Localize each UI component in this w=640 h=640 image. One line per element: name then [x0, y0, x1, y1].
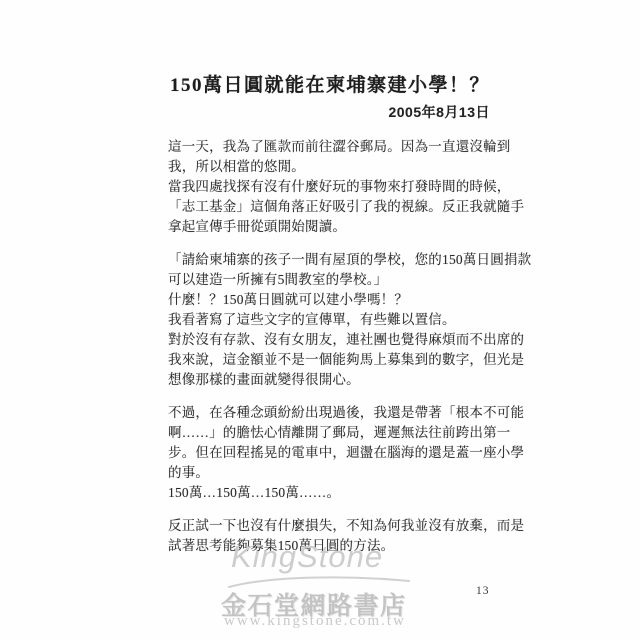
text-line: 的事。	[168, 463, 513, 483]
text-line: 我看著寫了這些文字的宣傳單，有些難以置信。	[168, 310, 513, 330]
entry-date: 2005年8月13日	[388, 102, 490, 122]
paragraph-1: 這一天，我為了匯款而前往澀谷郵局。因為一直還沒輪到我，所以相當的悠閒。當我四處找…	[168, 137, 513, 237]
kingstone-logo-watermark: KingStone	[231, 539, 383, 575]
text-line: 可以建造一所擁有5間教室的學校。」	[168, 270, 513, 290]
text-line: 想像那樣的畫面就變得很開心。	[168, 370, 513, 390]
text-line: 不過，在各種念頭紛紛出現過後，我還是帶著「根本不可能	[168, 403, 513, 423]
text-line: 當我四處找探有沒有什麼好玩的事物來打發時間的時候，	[168, 177, 513, 197]
book-page: 150萬日圓就能在柬埔寨建小學！？ 2005年8月13日 這一天，我為了匯款而前…	[0, 0, 640, 640]
paragraph-3: 不過，在各種念頭紛紛出現過後，我還是帶著「根本不可能啊……」的膽怯心情離開了郵局…	[168, 403, 513, 503]
paragraph-2: 「請給柬埔寨的孩子一間有屋頂的學校，您的150萬日圓捐款可以建造一所擁有5間教室…	[168, 250, 513, 390]
text-line: 反正試一下也沒有什麼損失，不知為何我並沒有放棄，而是	[168, 516, 513, 536]
text-line: 我，所以相當的悠閒。	[168, 157, 513, 177]
text-line: 「志工基金」這個角落正好吸引了我的視線。反正我就隨手	[168, 197, 513, 217]
text-line: 我來說，這金額並不是一個能夠馬上募集到的數字，但光是	[168, 350, 513, 370]
text-line: 150萬…150萬…150萬……。	[168, 483, 513, 503]
body-text: 這一天，我為了匯款而前往澀谷郵局。因為一直還沒輪到我，所以相當的悠閒。當我四處找…	[168, 137, 513, 556]
text-line: 什麼！？150萬日圓就可以建小學嗎！？	[168, 290, 513, 310]
page-number: 13	[476, 585, 490, 597]
text-line: 「請給柬埔寨的孩子一間有屋頂的學校，您的150萬日圓捐款	[168, 250, 513, 270]
page-title: 150萬日圓就能在柬埔寨建小學！？	[170, 70, 490, 97]
store-url-watermark: www.kingstone.com.tw	[224, 613, 406, 630]
text-line: 對於沒有存款、沒有女朋友，連社團也覺得麻煩而不出席的	[168, 330, 513, 350]
text-line: 啊……」的膽怯心情離開了郵局，遲遲無法往前跨出第一	[168, 423, 513, 443]
text-line: 步。但在回程搖晃的電車中，迴盪在腦海的還是蓋一座小學	[168, 443, 513, 463]
text-line: 這一天，我為了匯款而前往澀谷郵局。因為一直還沒輪到	[168, 137, 513, 157]
text-line: 拿起宣傳手冊從頭開始閱讀。	[168, 217, 513, 237]
